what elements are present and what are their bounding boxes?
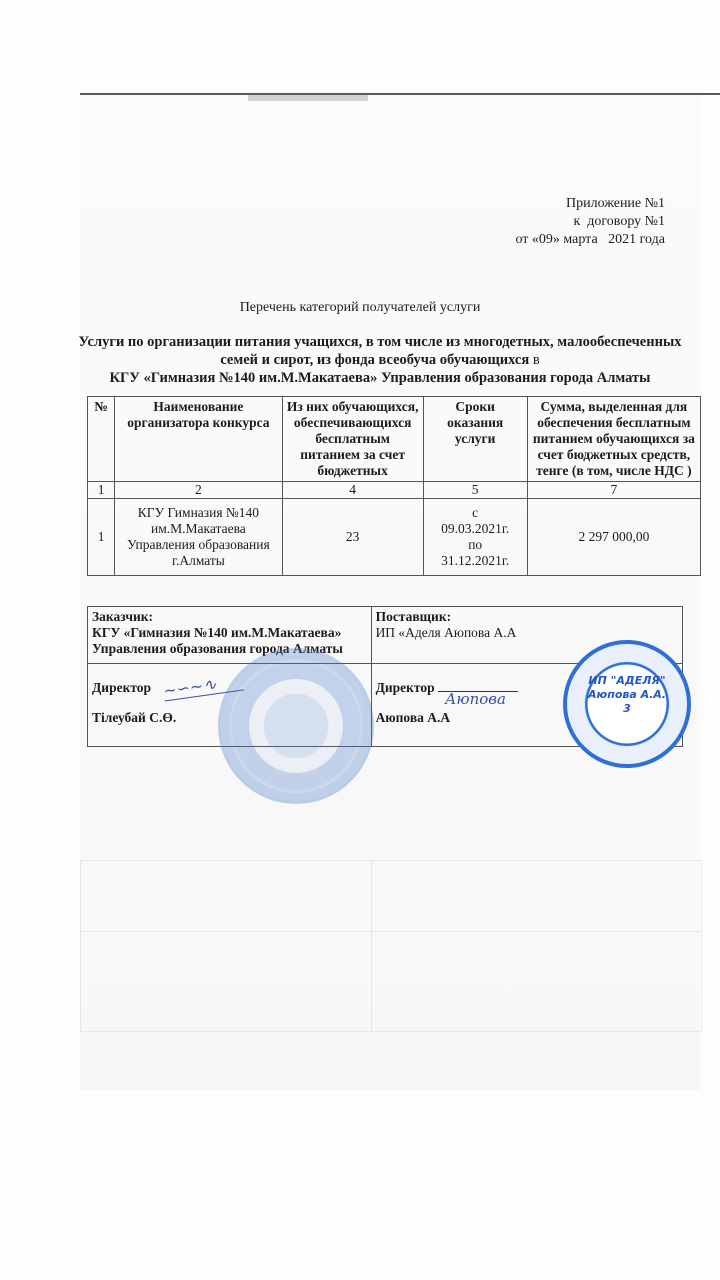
period-to-label: по (427, 537, 524, 553)
stamp-line-3: 3 (567, 702, 687, 716)
header-organizer: Наименование организатора конкурса (115, 397, 283, 482)
supplier-label: Поставщик: (376, 609, 678, 625)
main-title-org: КГУ «Гимназия №140 им.М.Макатаева» Управ… (110, 370, 651, 386)
top-rule (80, 93, 720, 95)
column-number-row: 1 2 4 5 7 (88, 482, 701, 499)
header-no: № (88, 397, 115, 482)
document-page: Приложение №1 к договору №1 от «09» март… (0, 0, 720, 1280)
period-start: 09.03.2021г. (427, 521, 524, 537)
cell-no: 1 (88, 499, 115, 576)
column-number: 5 (423, 482, 527, 499)
customer-name-1: КГУ «Гимназия №140 им.М.Макатаева» (92, 625, 367, 641)
appendix-header: Приложение №1 к договору №1 от «09» март… (515, 195, 665, 249)
period-end: 31.12.2021г. (427, 553, 524, 569)
stamp-line-1: ИП "АДЕЛЯ" (567, 674, 687, 688)
stamp-line-2: Аюпова А.А. (567, 688, 687, 702)
recipients-table: № Наименование организатора конкурса Из … (87, 396, 701, 576)
header-students: Из них обучающихся, обеспечивающихся бес… (282, 397, 423, 482)
list-title: Перечень категорий получателей услуги (0, 300, 720, 316)
cell-organizer: КГУ Гимназия №140 им.М.Макатаева Управле… (115, 499, 283, 576)
column-number: 2 (115, 482, 283, 499)
header-period: Сроки оказания услуги (423, 397, 527, 482)
period-from-label: с (427, 505, 524, 521)
column-number: 1 (88, 482, 115, 499)
supplier-seal-stamp: ИП "АДЕЛЯ" Аюпова А.А. 3 (563, 640, 691, 768)
table-header-row: № Наименование организатора конкурса Из … (88, 397, 701, 482)
table-row: 1 КГУ Гимназия №140 им.М.Макатаева Управ… (88, 499, 701, 576)
scan-smudge (248, 95, 368, 101)
appendix-line-2: к договору №1 (515, 213, 665, 231)
cell-period: с 09.03.2021г. по 31.12.2021г. (423, 499, 527, 576)
appendix-line-3: от «09» марта 2021 года (515, 231, 665, 249)
supplier-director-text: Директор (376, 680, 435, 695)
bleed-through-ghost (80, 860, 702, 1032)
column-number: 4 (282, 482, 423, 499)
main-title: Услуги по организации питания учащихся, … (70, 333, 690, 387)
main-title-bold: Услуги по организации питания учащихся, … (78, 334, 681, 368)
cell-amount: 2 297 000,00 (527, 499, 700, 576)
appendix-line-1: Приложение №1 (515, 195, 665, 213)
header-amount: Сумма, выделенная для обеспечения беспла… (527, 397, 700, 482)
customer-seal-stamp (218, 648, 374, 804)
column-number: 7 (527, 482, 700, 499)
main-title-connector: в (529, 352, 539, 368)
customer-label: Заказчик: (92, 609, 367, 625)
supplier-name: ИП «Аделя Аюпова А.А (376, 625, 678, 641)
supplier-signature: Аюпова (445, 690, 506, 708)
cell-students: 23 (282, 499, 423, 576)
